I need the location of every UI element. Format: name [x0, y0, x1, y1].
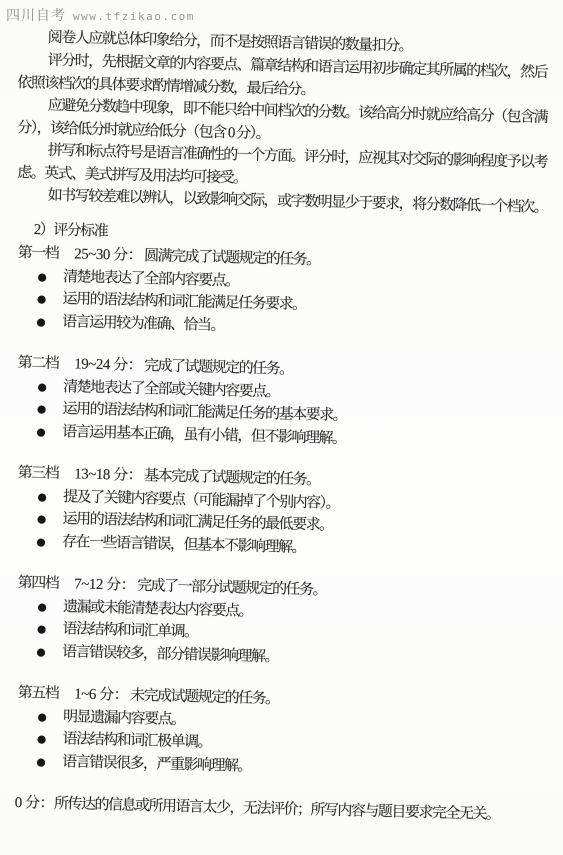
grade-band-label: 第二档	[17, 352, 58, 375]
bullet-icon	[38, 713, 46, 721]
grade-band-label: 第四档	[17, 572, 58, 595]
grade-band-score-range: 7~12 分：	[74, 573, 135, 597]
bullet-icon	[38, 405, 46, 413]
bullet-icon	[38, 273, 46, 281]
bullet-icon	[37, 537, 45, 545]
grade-band-score-range: 25~30 分：	[74, 243, 142, 267]
bullet-icon	[37, 427, 45, 435]
bullet-icon	[38, 603, 46, 611]
grade-band-score-range: 13~18 分：	[74, 463, 142, 487]
bullet-icon	[38, 625, 46, 633]
document-page: 阅卷人应就总体印象给分，而不是按照语言错误的数量扣分。 评分时，先根据文章的内容…	[0, 0, 563, 855]
grade-band-1: 第一档25~30 分：圆满完成了试题规定的任务。 清楚地表达了全部内容要点。 运…	[16, 242, 553, 345]
bullet-icon	[37, 757, 45, 765]
grade-band-label: 第三档	[17, 462, 58, 485]
watermark: 四川自考 www.tfzikao.com	[6, 5, 195, 25]
bullet-icon	[38, 515, 46, 523]
grade-band-summary: 基本完成了试题规定的任务。	[144, 468, 320, 488]
watermark-site-name: 四川自考	[6, 5, 66, 25]
zero-score-text: 所传达的信息或所用语言太少，无法评价；所写内容与题目要求完全无关。	[54, 795, 500, 822]
grade-band-label: 第一档	[17, 242, 58, 265]
bullet-icon	[37, 317, 45, 325]
bullet-icon	[38, 295, 46, 303]
zero-score-label: 0 分：	[15, 794, 55, 811]
grade-band-2: 第二档19~24 分：完成了试题规定的任务。 清楚地表达了全部或关键内容要点。 …	[16, 352, 553, 455]
bullet-icon	[37, 647, 45, 655]
grade-band-summary: 完成了试题规定的任务。	[144, 358, 293, 378]
grade-band-5: 第五档1~6 分：未完成试题规定的任务。 明显遗漏内容要点。 语法结构和词汇极单…	[16, 682, 553, 785]
grade-band-score-range: 19~24 分：	[74, 353, 142, 377]
bullet-icon	[38, 383, 46, 391]
bullet-icon	[38, 493, 46, 501]
watermark-site-url: www.tfzikao.com	[73, 10, 195, 23]
grade-band-summary: 圆满完成了试题规定的任务。	[144, 248, 320, 268]
zero-score-note: 0 分：所传达的信息或所用语言太少，无法评价；所写内容与题目要求完全无关。	[14, 792, 552, 828]
grade-band-3: 第三档13~18 分：基本完成了试题规定的任务。 提及了关键内容要点（可能漏掉了…	[16, 462, 553, 565]
grade-band-label: 第五档	[17, 682, 58, 705]
bullet-icon	[38, 735, 46, 743]
grade-band-4: 第四档7~12 分：完成了一部分试题规定的任务。 遗漏或未能清楚表达内容要点。 …	[16, 572, 553, 675]
grade-band-summary: 未完成试题规定的任务。	[130, 687, 279, 707]
grade-band-summary: 完成了一部分试题规定的任务。	[137, 577, 326, 598]
grade-band-score-range: 1~6 分：	[74, 683, 128, 707]
